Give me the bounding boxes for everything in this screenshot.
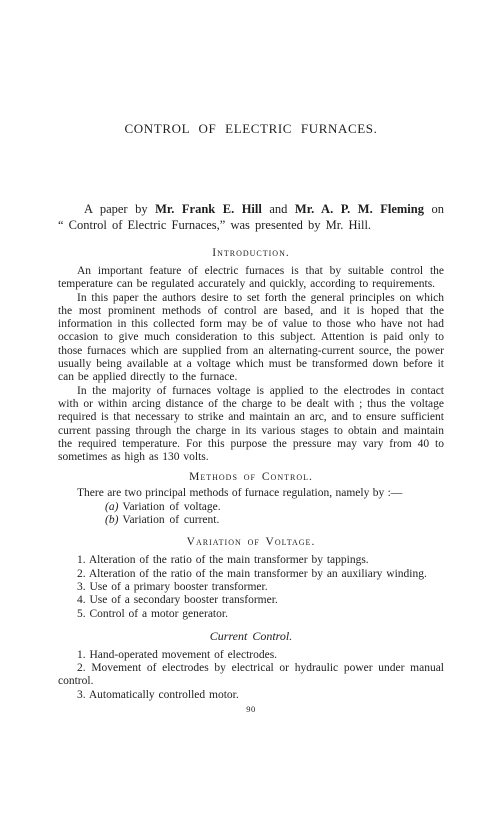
methods-intro-line: There are two principal methods of furna…	[58, 487, 444, 500]
byline: A paper by Mr. Frank E. Hill and Mr. A. …	[58, 201, 444, 233]
voltage-list-item-2: 2. Alteration of the ratio of the main t…	[58, 568, 444, 581]
current-list-item-2: 2. Movement of electrodes by electrical …	[58, 662, 444, 689]
item-b-text: Variation of current.	[118, 514, 219, 526]
byline-author-fleming: Mr. A. P. M. Fleming	[295, 202, 424, 216]
voltage-list-item-5: 5. Control of a motor generator.	[58, 608, 444, 621]
voltage-list-item-3: 3. Use of a primary booster transformer.	[58, 581, 444, 594]
text-column: CONTROL OF ELECTRIC FURNACES. A paper by…	[58, 122, 444, 714]
byline-line2: “ Control of Electric Furnaces,” was pre…	[58, 217, 444, 233]
byline-line1: A paper by Mr. Frank E. Hill and Mr. A. …	[58, 201, 444, 217]
introduction-paragraph-3: In the majority of furnaces voltage is a…	[58, 385, 444, 465]
page-number: 90	[58, 704, 444, 714]
current-list-item-1: 1. Hand-operated movement of electrodes.	[58, 649, 444, 662]
byline-connector: and	[262, 202, 295, 216]
introduction-body: An important feature of electric furnace…	[58, 265, 444, 464]
introduction-paragraph-2: In this paper the authors desire to set …	[58, 292, 444, 385]
current-control-list: 1. Hand-operated movement of electrodes.…	[58, 649, 444, 702]
introduction-paragraph-1: An important feature of electric furnace…	[58, 265, 444, 292]
current-list-item-3: 3. Automatically controlled motor.	[58, 689, 444, 702]
item-b-marker: (b)	[105, 514, 118, 526]
item-a-text: Variation of voltage.	[118, 501, 220, 513]
section-heading-methods-of-control: Methods of Control.	[58, 471, 444, 484]
lettered-item-a: (a)Variation of voltage.	[58, 501, 444, 514]
voltage-variation-list: 1. Alteration of the ratio of the main t…	[58, 554, 444, 620]
section-heading-current-control: Current Control.	[58, 630, 444, 643]
section-heading-variation-of-voltage: Variation of Voltage.	[58, 536, 444, 549]
lettered-item-b: (b)Variation of current.	[58, 514, 444, 527]
section-heading-introduction: Introduction.	[58, 247, 444, 260]
voltage-list-item-4: 4. Use of a secondary booster transforme…	[58, 594, 444, 607]
scanned-paper-page: CONTROL OF ELECTRIC FURNACES. A paper by…	[0, 0, 500, 826]
byline-author-hill: Mr. Frank E. Hill	[155, 202, 262, 216]
item-a-marker: (a)	[105, 501, 118, 513]
byline-prefix: A paper by	[84, 202, 155, 216]
voltage-list-item-1: 1. Alteration of the ratio of the main t…	[58, 554, 444, 567]
paper-title: CONTROL OF ELECTRIC FURNACES.	[58, 122, 444, 136]
byline-suffix: on	[424, 202, 444, 216]
